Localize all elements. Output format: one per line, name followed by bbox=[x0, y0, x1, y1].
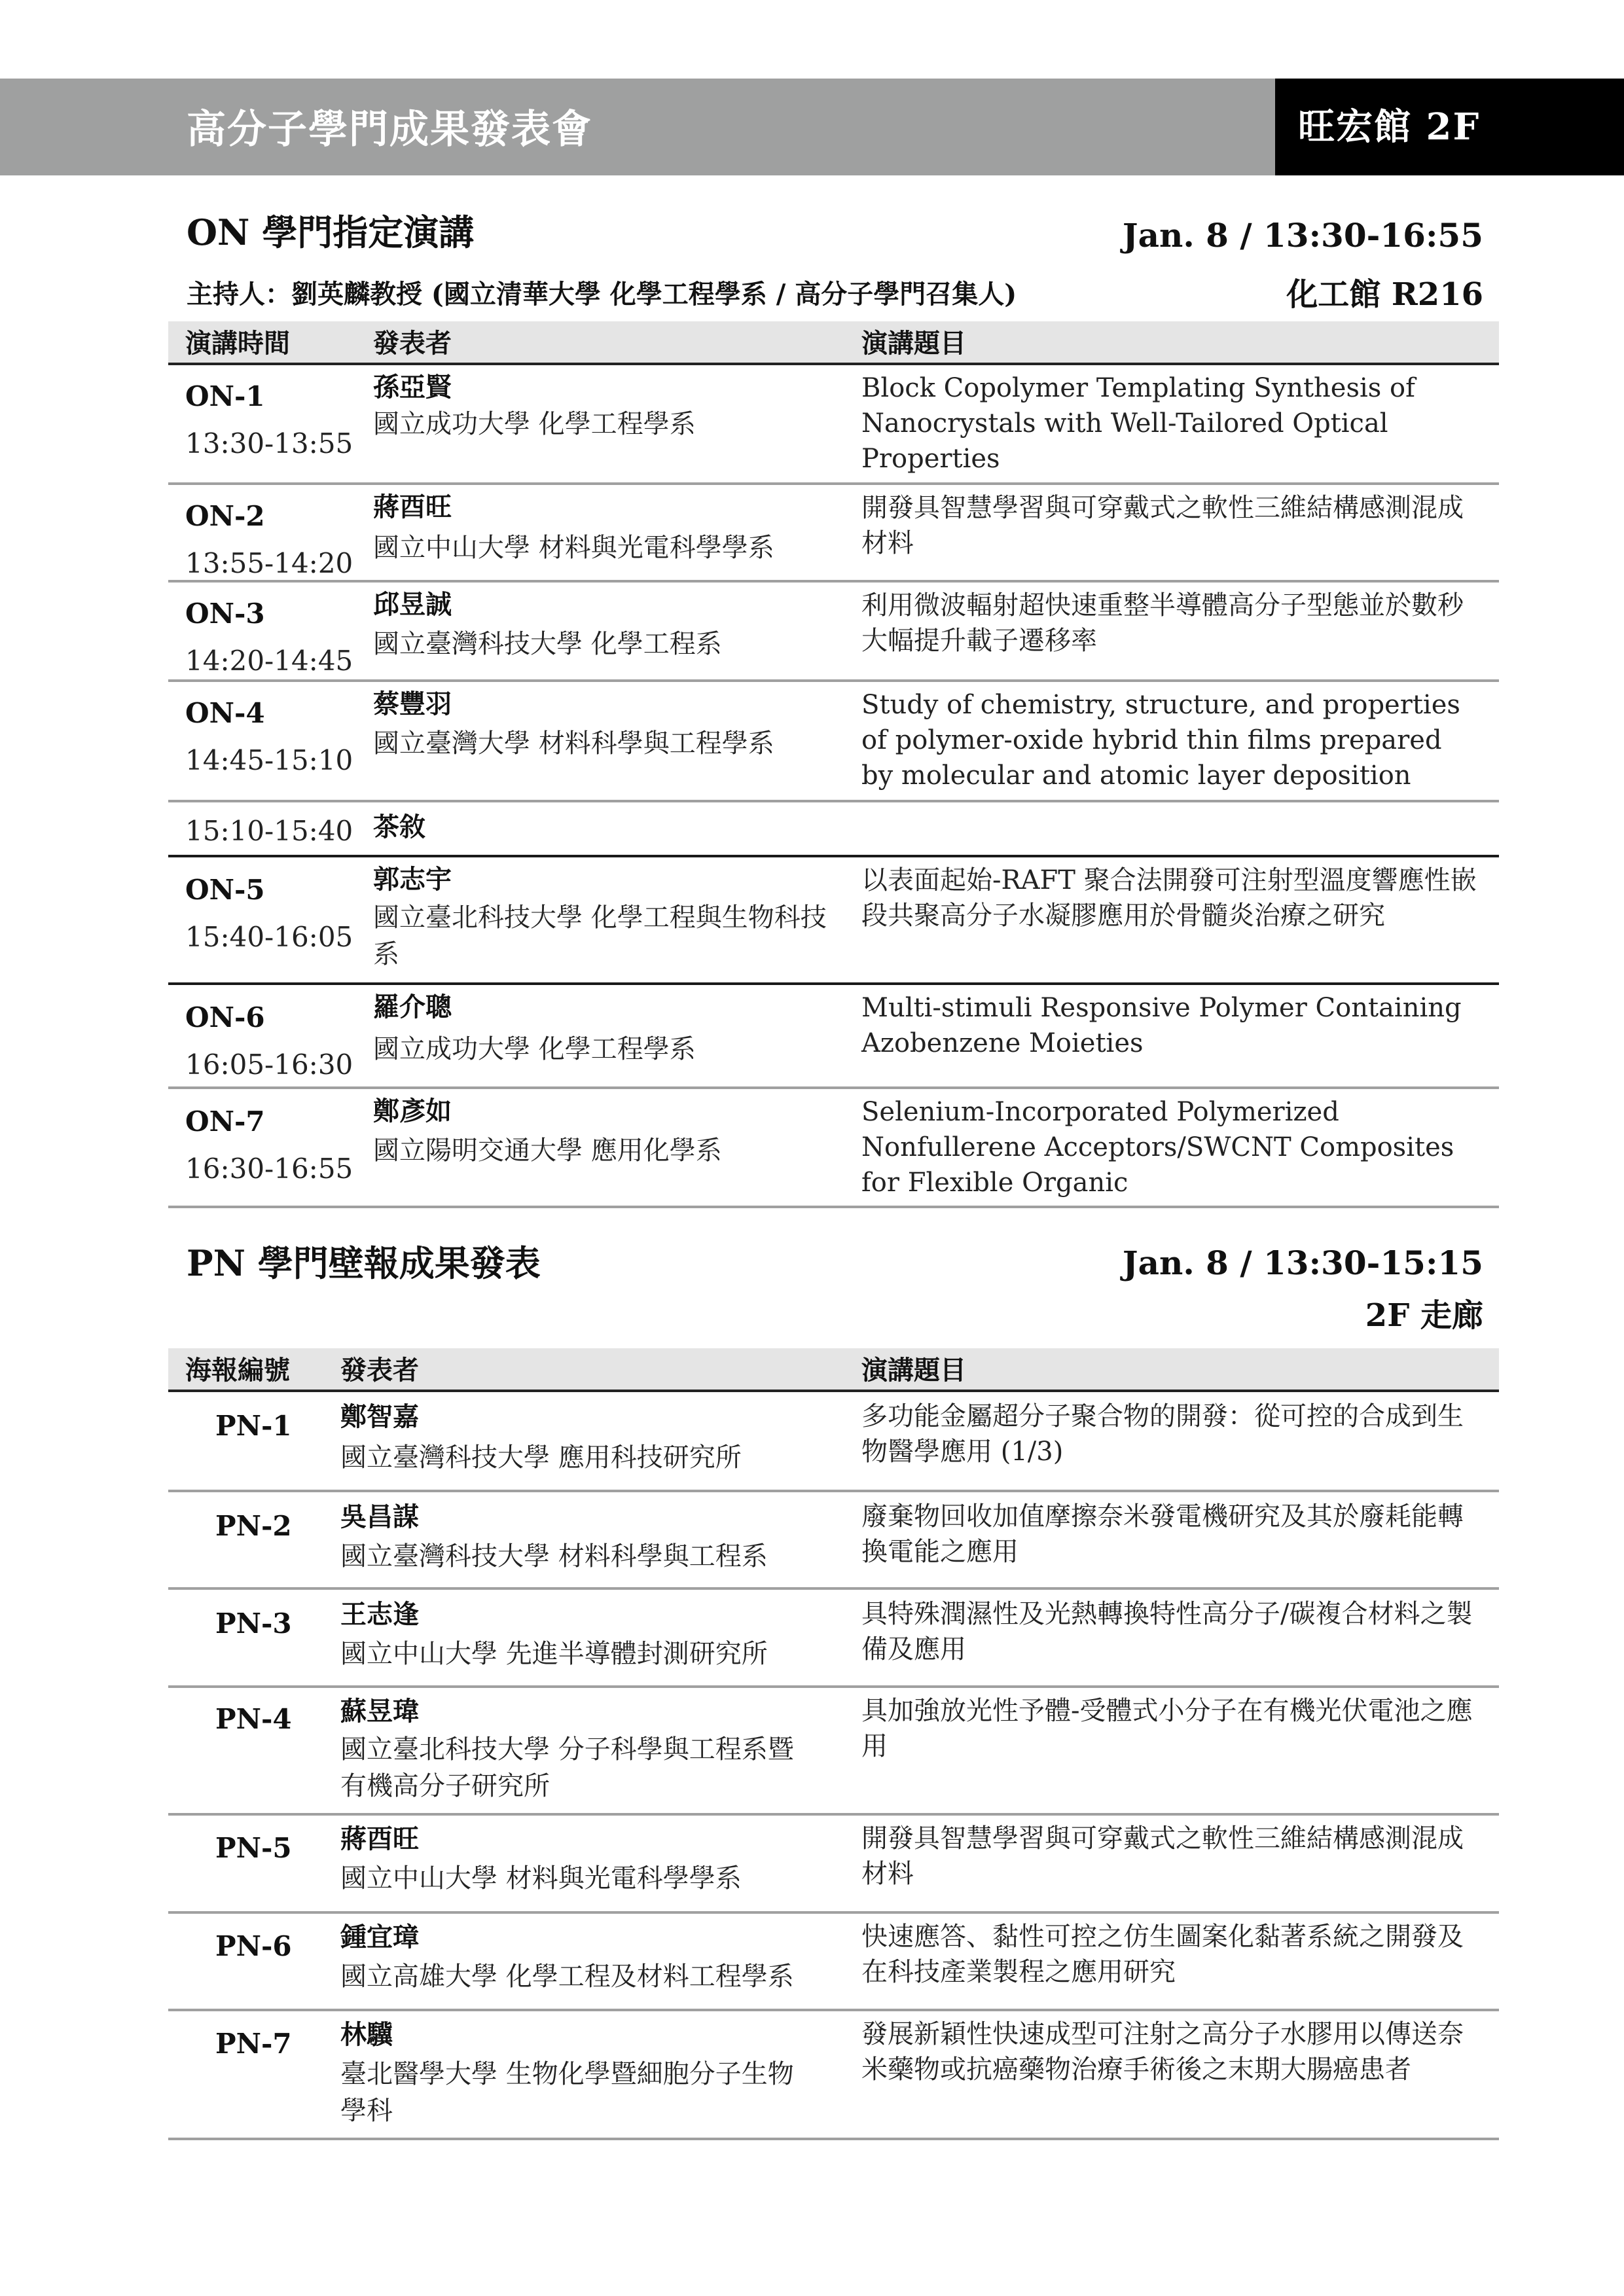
talk-topic: Selenium-Incorporated Polymerized Nonful… bbox=[861, 1094, 1477, 1200]
presenter-affiliation: 國立陽明交通大學 應用化學系 bbox=[373, 1132, 722, 1169]
presenter-affiliation: 國立臺灣科技大學 化學工程系 bbox=[373, 626, 722, 662]
table-row: ON-7 16:30-16:55 鄭彥如 國立陽明交通大學 應用化學系 Sele… bbox=[168, 1089, 1499, 1208]
session-time: 14:45-15:10 bbox=[185, 742, 353, 779]
talk-topic: Multi-stimuli Responsive Polymer Contain… bbox=[861, 990, 1477, 1061]
poster-code: PN-6 bbox=[215, 1928, 292, 1965]
col-header-topic: 演講題目 bbox=[861, 1348, 966, 1392]
presenter-name: 鍾宜璋 bbox=[340, 1919, 419, 1956]
presenter-affiliation: 國立臺北科技大學 分子科學與工程系暨有機高分子研究所 bbox=[340, 1731, 818, 1804]
presenter-name: 蔣酉旺 bbox=[373, 489, 452, 526]
session-time: 13:55-14:20 bbox=[185, 545, 353, 582]
presenter-name: 蘇昱瑋 bbox=[340, 1693, 419, 1730]
presenter-name: 鄭智嘉 bbox=[340, 1399, 419, 1435]
presenter-affiliation: 國立中山大學 材料與光電科學學系 bbox=[373, 529, 774, 566]
presenter-affiliation: 臺北醫學大學 生物化學暨細胞分子生物學科 bbox=[340, 2056, 818, 2129]
presenter-name: 鄭彥如 bbox=[373, 1093, 452, 1130]
presenter-affiliation: 國立臺灣大學 材料科學與工程學系 bbox=[373, 725, 774, 762]
table-row: ON-4 14:45-15:10 蔡豐羽 國立臺灣大學 材料科學與工程學系 St… bbox=[168, 682, 1499, 802]
session-code: ON-2 bbox=[185, 498, 265, 535]
session-time: 16:05-16:30 bbox=[185, 1047, 353, 1083]
presenter-affiliation: 國立臺灣科技大學 應用科技研究所 bbox=[340, 1439, 742, 1476]
col-header-presenter: 發表者 bbox=[340, 1348, 419, 1392]
pn-location: 2F 走廊 bbox=[1365, 1293, 1483, 1338]
poster-code: PN-4 bbox=[215, 1701, 292, 1738]
talk-topic: 以表面起始-RAFT 聚合法開發可注射型溫度響應性嵌段共聚高分子水凝膠應用於骨髓… bbox=[861, 863, 1477, 933]
poster-code: PN-7 bbox=[215, 2026, 292, 2062]
poster-topic: 廢棄物回收加值摩擦奈米發電機研究及其於廢耗能轉換電能之應用 bbox=[861, 1499, 1477, 1570]
presenter-affiliation: 國立成功大學 化學工程學系 bbox=[373, 406, 696, 442]
table-row: ON-6 16:05-16:30 羅介聰 國立成功大學 化學工程學系 Multi… bbox=[168, 985, 1499, 1089]
page-title: 高分子學門成果發表會 bbox=[187, 103, 592, 156]
poster-topic: 具加強放光性予體-受體式小分子在有機光伏電池之應用 bbox=[861, 1693, 1477, 1764]
session-code: ON-7 bbox=[185, 1103, 265, 1140]
session-code: ON-5 bbox=[185, 872, 265, 908]
table-row: PN-6 鍾宜璋 國立高雄大學 化學工程及材料工程學系 快速應答、黏性可控之仿生… bbox=[168, 1914, 1499, 2011]
poster-code: PN-2 bbox=[215, 1508, 292, 1545]
table-row: ON-3 14:20-14:45 邱昱誠 國立臺灣科技大學 化學工程系 利用微波… bbox=[168, 583, 1499, 682]
col-header-poster-no: 海報編號 bbox=[185, 1348, 290, 1392]
session-code: ON-6 bbox=[185, 999, 265, 1036]
break-label: 茶敘 bbox=[373, 809, 425, 846]
pn-section-datetime: Jan. 8 / 13:30-15:15 bbox=[1123, 1240, 1483, 1286]
table-row: ON-2 13:55-14:20 蔣酉旺 國立中山大學 材料與光電科學學系 開發… bbox=[168, 485, 1499, 583]
poster-code: PN-3 bbox=[215, 1605, 292, 1642]
talk-topic: 利用微波輻射超快速重整半導體高分子型態並於數秒大幅提升載子遷移率 bbox=[861, 588, 1477, 658]
on-section-datetime: Jan. 8 / 13:30-16:55 bbox=[1123, 213, 1483, 259]
presenter-name: 蔡豐羽 bbox=[373, 686, 452, 723]
poster-topic: 發展新穎性快速成型可注射之高分子水膠用以傳送奈米藥物或抗癌藥物治療手術後之末期大… bbox=[861, 2017, 1477, 2087]
presenter-affiliation: 國立高雄大學 化學工程及材料工程學系 bbox=[340, 1958, 794, 1995]
session-time: 14:20-14:45 bbox=[185, 643, 353, 679]
poster-topic: 開發具智慧學習與可穿戴式之軟性三維結構感測混成材料 bbox=[861, 1821, 1477, 1892]
table-row: PN-4 蘇昱瑋 國立臺北科技大學 分子科學與工程系暨有機高分子研究所 具加強放… bbox=[168, 1688, 1499, 1816]
presenter-name: 吳昌謀 bbox=[340, 1499, 419, 1535]
talk-topic: Block Copolymer Templating Synthesis of … bbox=[861, 370, 1477, 476]
poster-topic: 快速應答、黏性可控之仿生圖案化黏著系統之開發及在科技產業製程之應用研究 bbox=[861, 1919, 1477, 1990]
poster-topic: 多功能金屬超分子聚合物的開發：從可控的合成到生物醫學應用 (1/3) bbox=[861, 1399, 1477, 1469]
presenter-name: 蔣酉旺 bbox=[340, 1821, 419, 1857]
table-row: ON-5 15:40-16:05 郭志宇 國立臺北科技大學 化學工程與生物科技系… bbox=[168, 857, 1499, 985]
presenter-affiliation: 國立中山大學 先進半導體封測研究所 bbox=[340, 1636, 768, 1672]
session-time: 16:30-16:55 bbox=[185, 1151, 353, 1187]
col-header-presenter: 發表者 bbox=[373, 321, 452, 365]
talk-topic: Study of chemistry, structure, and prope… bbox=[861, 687, 1477, 793]
venue-badge: 旺宏館 2F bbox=[1275, 79, 1624, 175]
session-time: 13:30-13:55 bbox=[185, 425, 353, 462]
table-row: PN-5 蔣酉旺 國立中山大學 材料與光電科學學系 開發具智慧學習與可穿戴式之軟… bbox=[168, 1816, 1499, 1914]
session-code: ON-3 bbox=[185, 596, 265, 632]
on-room: 化工館 R216 bbox=[1286, 272, 1483, 317]
presenter-name: 郭志宇 bbox=[373, 861, 452, 898]
presenter-name: 林驥 bbox=[340, 2017, 393, 2053]
table-row: PN-2 吳昌謀 國立臺灣科技大學 材料科學與工程系 廢棄物回收加值摩擦奈米發電… bbox=[168, 1492, 1499, 1590]
break-time: 15:10-15:40 bbox=[185, 813, 353, 850]
session-time: 15:40-16:05 bbox=[185, 919, 353, 956]
presenter-name: 羅介聰 bbox=[373, 989, 452, 1026]
table-row: PN-7 林驥 臺北醫學大學 生物化學暨細胞分子生物學科 發展新穎性快速成型可注… bbox=[168, 2011, 1499, 2140]
pn-section-title: PN 學門壁報成果發表 bbox=[187, 1240, 541, 1286]
pn-table-header: 海報編號 發表者 演講題目 bbox=[168, 1348, 1499, 1392]
poster-code: PN-1 bbox=[215, 1408, 292, 1444]
presenter-name: 王志逢 bbox=[340, 1596, 419, 1633]
table-row: PN-1 鄭智嘉 國立臺灣科技大學 應用科技研究所 多功能金屬超分子聚合物的開發… bbox=[168, 1392, 1499, 1492]
on-moderator: 主持人：劉英麟教授 (國立清華大學 化學工程學系 / 高分子學門召集人) bbox=[187, 275, 1017, 314]
presenter-affiliation: 國立臺北科技大學 化學工程與生物科技系 bbox=[373, 899, 844, 973]
presenter-name: 孫亞賢 bbox=[373, 369, 452, 406]
presenter-name: 邱昱誠 bbox=[373, 586, 452, 623]
col-header-topic: 演講題目 bbox=[861, 321, 966, 365]
presenter-affiliation: 國立臺灣科技大學 材料科學與工程系 bbox=[340, 1538, 768, 1575]
table-row: ON-1 13:30-13:55 孫亞賢 國立成功大學 化學工程學系 Block… bbox=[168, 365, 1499, 485]
poster-code: PN-5 bbox=[215, 1830, 292, 1867]
poster-topic: 具特殊潤濕性及光熱轉換特性高分子/碳複合材料之製備及應用 bbox=[861, 1596, 1477, 1667]
break-row: 15:10-15:40 茶敘 bbox=[168, 802, 1499, 857]
session-code: ON-4 bbox=[185, 695, 265, 732]
col-header-time: 演講時間 bbox=[185, 321, 290, 365]
presenter-affiliation: 國立中山大學 材料與光電科學學系 bbox=[340, 1860, 742, 1897]
table-row: PN-3 王志逢 國立中山大學 先進半導體封測研究所 具特殊潤濕性及光熱轉換特性… bbox=[168, 1590, 1499, 1688]
session-code: ON-1 bbox=[185, 378, 265, 415]
talk-topic: 開發具智慧學習與可穿戴式之軟性三維結構感測混成材料 bbox=[861, 490, 1477, 561]
on-section-title: ON 學門指定演講 bbox=[187, 209, 474, 255]
presenter-affiliation: 國立成功大學 化學工程學系 bbox=[373, 1031, 696, 1067]
on-table-header: 演講時間 發表者 演講題目 bbox=[168, 321, 1499, 365]
